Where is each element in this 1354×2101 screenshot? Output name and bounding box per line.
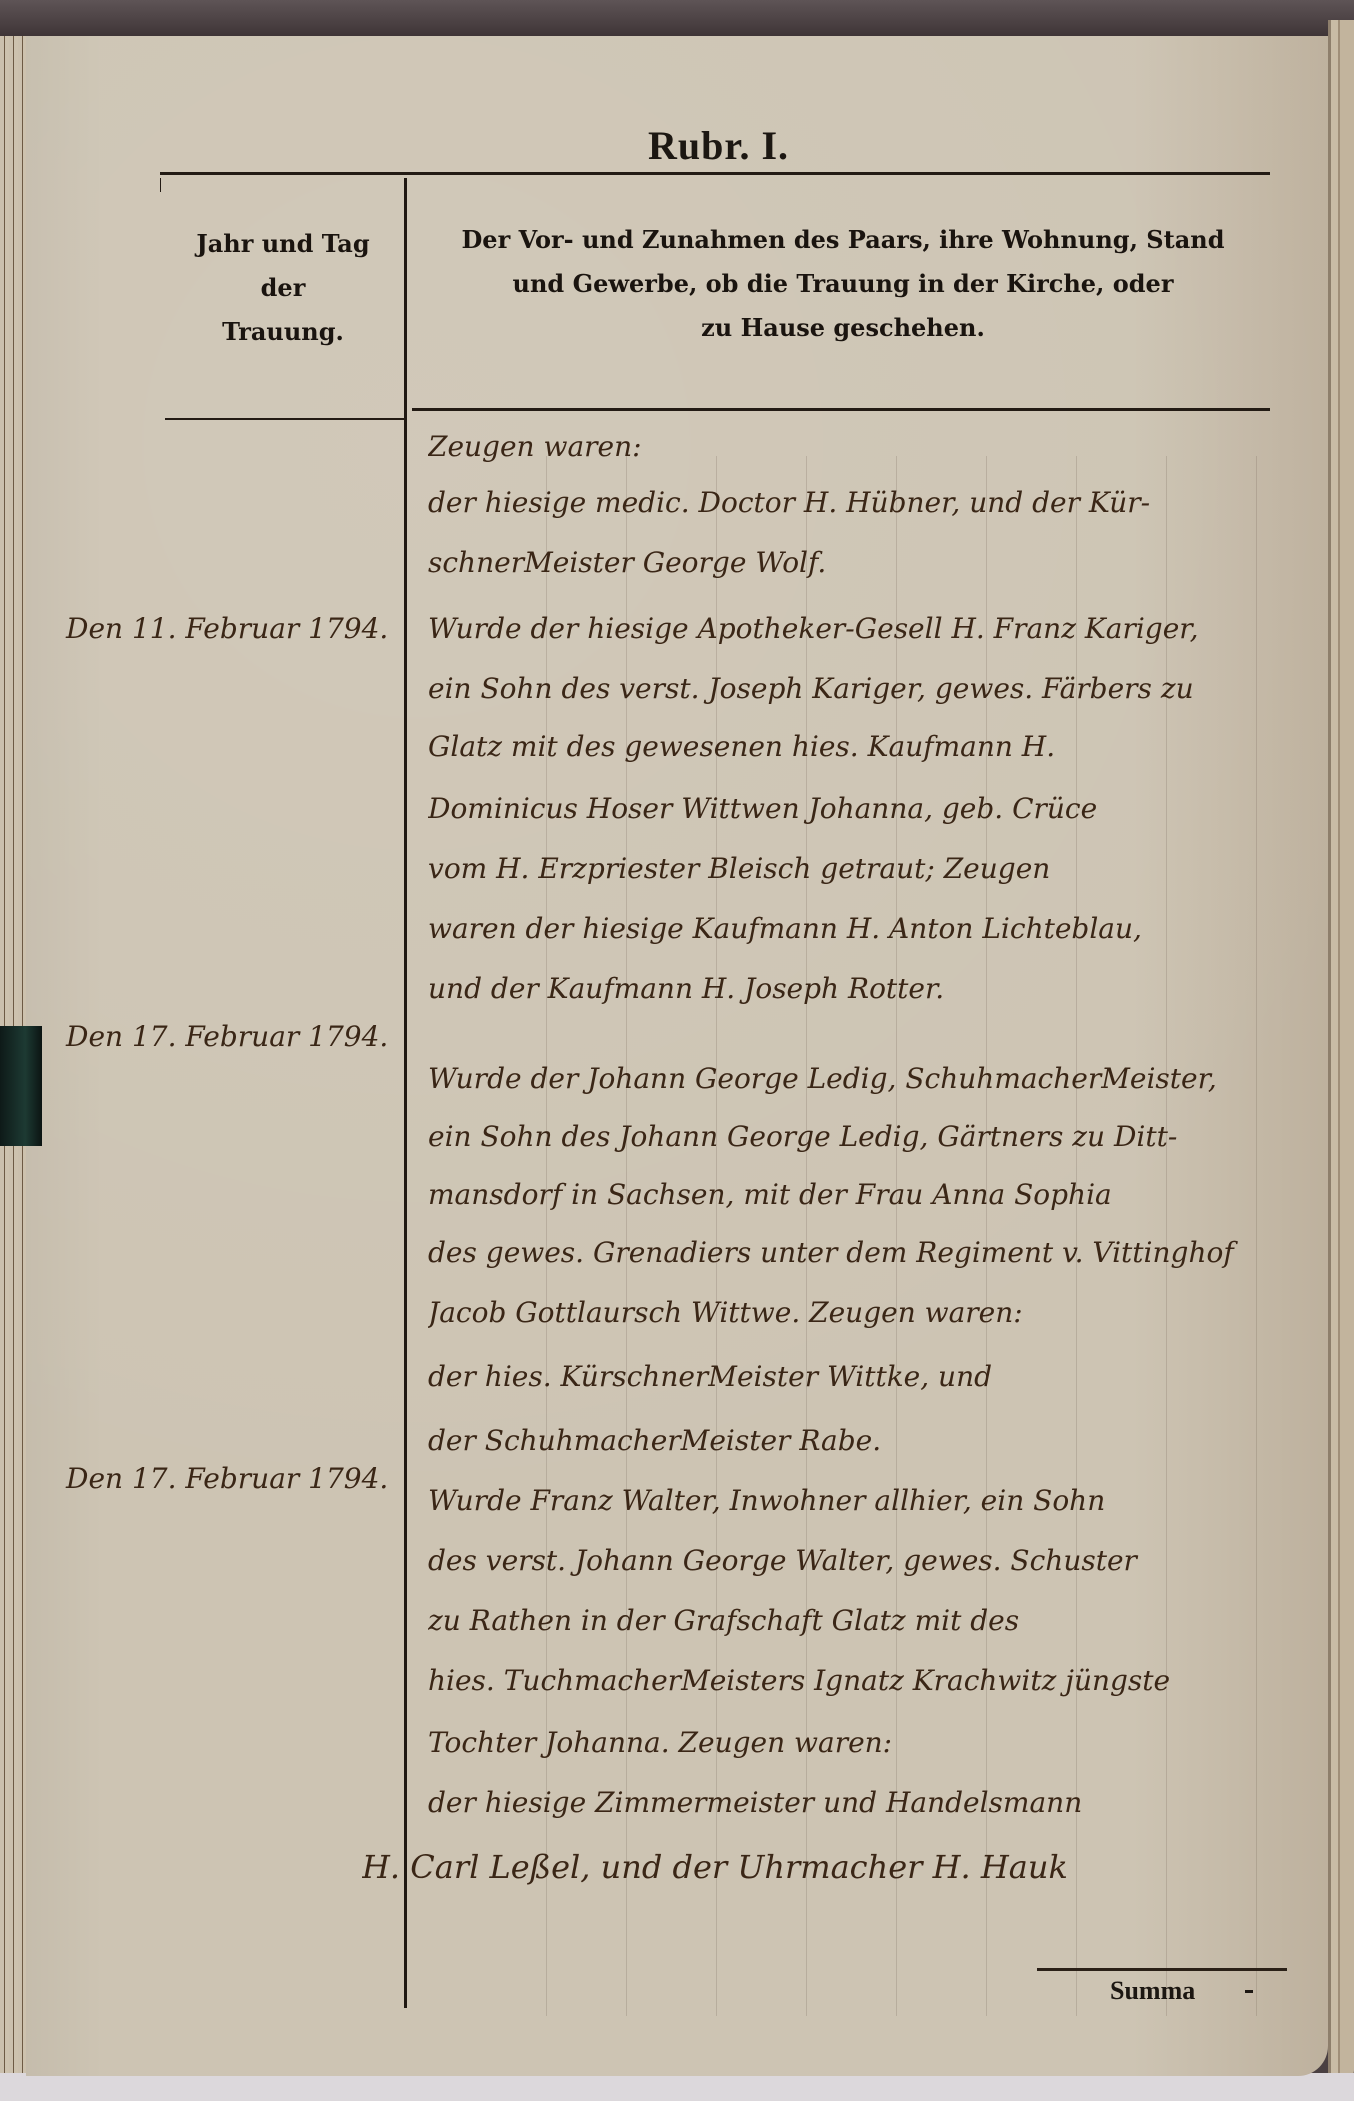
entry-line: des gewes. Grenadiers unter dem Regiment… [428,1236,1278,1269]
marriage-date: Den 17. Februar 1794. [66,1462,406,1495]
marriage-date: Den 17. Februar 1794. [66,1020,406,1053]
header-text: Jahr und Tag [170,222,396,266]
header-top-rule [160,172,1270,175]
entry-line: Glatz mit des gewesenen hies. Kaufmann H… [428,730,1278,763]
column-edge [160,178,161,192]
column-header-couple: Der Vor- und Zunahmen des Paars, ihre Wo… [412,218,1274,350]
page-edges-right [1328,20,1354,2080]
header-text: Trauung. [170,310,396,354]
header-text: zu Hause geschehen. [412,306,1274,350]
entry-line: schnerMeister George Wolf. [428,546,1278,579]
entry-line: der hiesige Zimmermeister und Handelsman… [428,1786,1278,1819]
entry-line: Dominicus Hoser Wittwen Johanna, geb. Cr… [428,792,1278,825]
entry-line: Wurde der Johann George Ledig, Schuhmach… [428,1062,1278,1095]
entry-line: Wurde Franz Walter, Inwohner allhier, ei… [428,1484,1278,1517]
entry-line: H. Carl Leßel, und der Uhrmacher H. Hauk [362,1848,1212,1886]
entry-line: vom H. Erzpriester Bleisch getraut; Zeug… [428,852,1278,885]
column-header-date: Jahr und Tag der Trauung. [170,222,396,354]
entry-line: der hiesige medic. Doctor H. Hübner, und… [428,486,1278,519]
summa-dash [1245,1990,1253,1993]
summa-label: Summa [1110,1976,1195,2006]
book-top-shadow [0,0,1354,36]
entry-line: ein Sohn des Johann George Ledig, Gärtne… [428,1120,1278,1153]
entry-line: mansdorf in Sachsen, mit der Frau Anna S… [428,1178,1278,1211]
entry-line: Zeugen waren: [428,430,1278,463]
marriage-date: Den 11. Februar 1794. [66,612,406,645]
entry-line: ein Sohn des verst. Joseph Kariger, gewe… [428,672,1278,705]
entry-line: Jacob Gottlaursch Wittwe. Zeugen waren: [428,1296,1278,1329]
header-text: und Gewerbe, ob die Trauung in der Kirch… [412,262,1274,306]
header-text: Der Vor- und Zunahmen des Paars, ihre Wo… [412,218,1274,262]
ribbon-bookmark [0,1026,42,1146]
entry-line: der hies. KürschnerMeister Wittke, und [428,1360,1278,1393]
entry-line: des verst. Johann George Walter, gewes. … [428,1544,1278,1577]
header-bottom-rule [412,408,1270,411]
header-bottom-rule-left [165,418,405,420]
rubric-title: Rubr. I. [648,122,789,169]
entry-line: und der Kaufmann H. Joseph Rotter. [428,972,1278,1005]
entry-line: Wurde der hiesige Apotheker-Gesell H. Fr… [428,612,1278,645]
entry-line: waren der hiesige Kaufmann H. Anton Lich… [428,912,1278,945]
column-divider [404,178,407,2008]
summa-rule [1037,1968,1287,1971]
entry-line: hies. TuchmacherMeisters Ignatz Krachwit… [428,1664,1278,1697]
header-text: der [170,266,396,310]
entry-line: der SchuhmacherMeister Rabe. [428,1424,1278,1457]
entry-line: Tochter Johanna. Zeugen waren: [428,1726,1278,1759]
entry-line: zu Rathen in der Grafschaft Glatz mit de… [428,1604,1278,1637]
background-surface [0,2073,1354,2101]
